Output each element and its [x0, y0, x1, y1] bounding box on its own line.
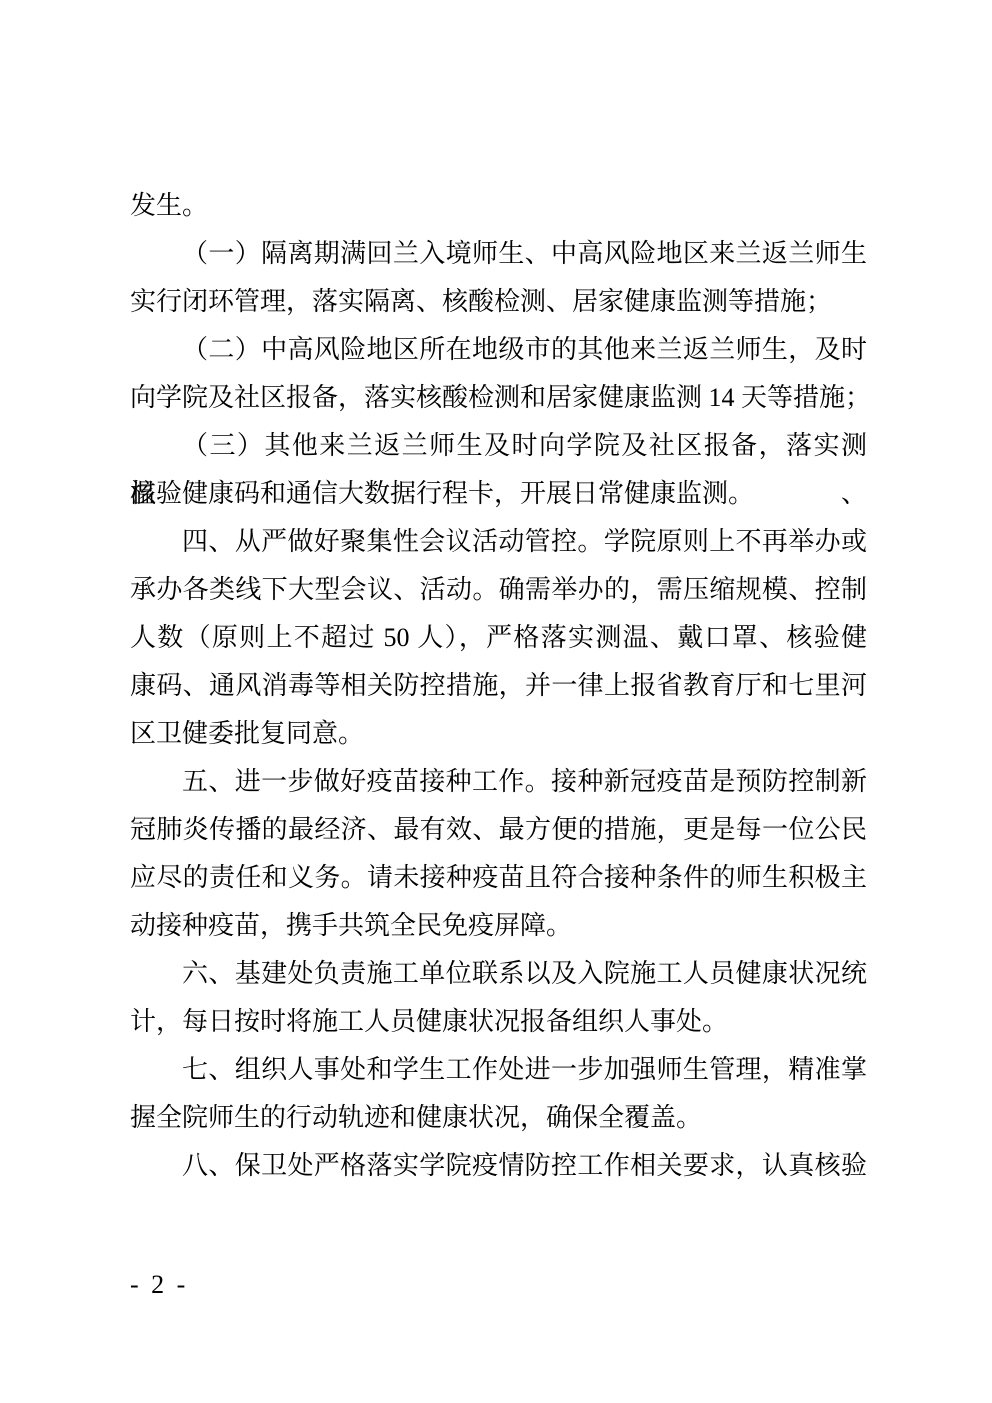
document-line: 四、从严做好聚集性会议活动管控。学院原则上不再举办或: [130, 518, 867, 566]
document-line: 向学院及社区报备，落实核酸检测和居家健康监测 14 天等措施；: [130, 374, 867, 422]
document-line: （一）隔离期满回兰入境师生、中高风险地区来兰返兰师生: [130, 230, 867, 278]
document-page: 发生。（一）隔离期满回兰入境师生、中高风险地区来兰返兰师生实行闭环管理，落实隔离…: [0, 0, 992, 1403]
document-line: 承办各类线下大型会议、活动。确需举办的，需压缩规模、控制: [130, 566, 867, 614]
document-line: 冠肺炎传播的最经济、最有效、最方便的措施，更是每一位公民: [130, 806, 867, 854]
document-line: 应尽的责任和义务。请未接种疫苗且符合接种条件的师生积极主: [130, 854, 867, 902]
document-line: 康码、通风消毒等相关防控措施，并一律上报省教育厅和七里河: [130, 662, 867, 710]
document-body: 发生。（一）隔离期满回兰入境师生、中高风险地区来兰返兰师生实行闭环管理，落实隔离…: [130, 182, 867, 1190]
document-line: 人数（原则上不超过 50 人），严格落实测温、戴口罩、核验健: [130, 614, 867, 662]
document-line: （三）其他来兰返兰师生及时向学院及社区报备，落实测温、: [130, 422, 867, 470]
document-line: 六、基建处负责施工单位联系以及入院施工人员健康状况统: [130, 950, 867, 998]
document-line: 计，每日按时将施工人员健康状况报备组织人事处。: [130, 998, 867, 1046]
document-line: 实行闭环管理，落实隔离、核酸检测、居家健康监测等措施；: [130, 278, 867, 326]
page-number: - 2 -: [130, 1270, 188, 1300]
document-line: 握全院师生的行动轨迹和健康状况，确保全覆盖。: [130, 1094, 867, 1142]
document-line: 八、保卫处严格落实学院疫情防控工作相关要求，认真核验: [130, 1142, 867, 1190]
document-line: 五、进一步做好疫苗接种工作。接种新冠疫苗是预防控制新: [130, 758, 867, 806]
document-line: 发生。: [130, 182, 867, 230]
document-line: （二）中高风险地区所在地级市的其他来兰返兰师生，及时: [130, 326, 867, 374]
document-line: 七、组织人事处和学生工作处进一步加强师生管理，精准掌: [130, 1046, 867, 1094]
document-line: 动接种疫苗，携手共筑全民免疫屏障。: [130, 902, 867, 950]
document-line: 区卫健委批复同意。: [130, 710, 867, 758]
